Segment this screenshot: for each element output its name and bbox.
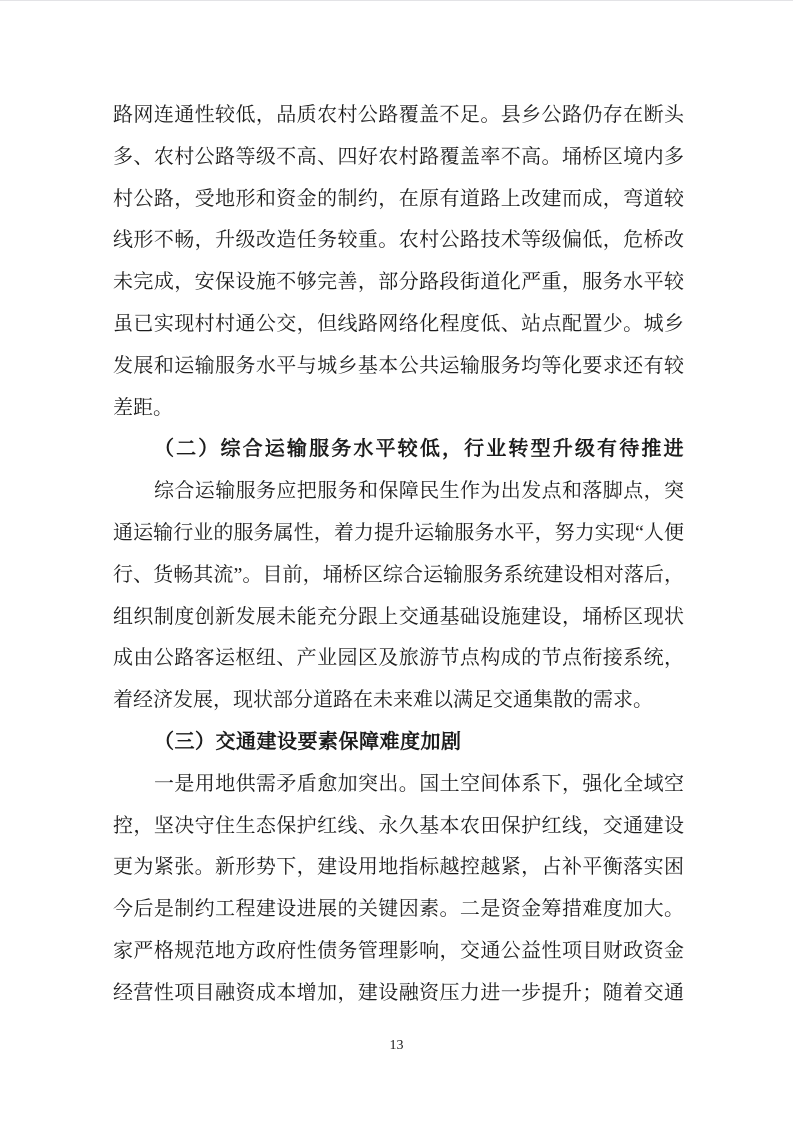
- text-line: 村公路，受地形和资金的制约，在原有道路上改建而成，弯道较多、: [113, 179, 684, 221]
- text-line: 着经济发展，现状部分道路在未来难以满足交通集散的需求。: [113, 680, 684, 722]
- section-heading: （二）综合运输服务水平较低，行业转型升级有待推进: [113, 429, 684, 471]
- text-line: 行、货畅其流”。目前，埇桥区综合运输服务系统建设相对落后，运输: [113, 555, 684, 597]
- document-body: 路网连通性较低，品质农村公路覆盖不足。县乡公路仍存在断头路较多、农村公路等级不高…: [113, 95, 684, 1015]
- text-line: 线形不畅，升级改造任务较重。农村公路技术等级偏低，危桥改造尚: [113, 220, 684, 262]
- text-line: 控，坚决守住生态保护红线、永久基本农田保护红线，交通建设用地: [113, 806, 684, 848]
- text-line: 一是用地供需矛盾愈加突出。国土空间体系下，强化全域空间管: [113, 764, 684, 806]
- text-line: 综合运输服务应把服务和保障民生作为出发点和落脚点，突出交: [113, 471, 684, 513]
- text-line: 未完成，安保设施不够完善，部分路段街道化严重，服务水平较低。: [113, 262, 684, 304]
- page-number: 13: [390, 1038, 404, 1053]
- text-line: 通运输行业的服务属性，着力提升运输服务水平，努力实现“人便于: [113, 513, 684, 555]
- text-line: 虽已实现村村通公交，但线路网络化程度低、站点配置少。城乡交通: [113, 304, 684, 346]
- text-line: 成由公路客运枢纽、产业园区及旅游节点构成的节点衔接系统，但随: [113, 638, 684, 680]
- text-line: 今后是制约工程建设进展的关键因素。二是资金筹措难度加大。受国: [113, 889, 684, 931]
- document-page: 路网连通性较低，品质农村公路覆盖不足。县乡公路仍存在断头路较多、农村公路等级不高…: [0, 0, 793, 1123]
- paragraph: 路网连通性较低，品质农村公路覆盖不足。县乡公路仍存在断头路较多、农村公路等级不高…: [113, 95, 684, 429]
- paragraph: 一是用地供需矛盾愈加突出。国土空间体系下，强化全域空间管控，坚决守住生态保护红线…: [113, 764, 684, 1015]
- text-line: 家严格规范地方政府性债务管理影响，交通公益性项目财政资金缺位、: [113, 931, 684, 973]
- text-line: 多、农村公路等级不高、四好农村路覆盖率不高。埇桥区境内多数农: [113, 137, 684, 179]
- text-line: 差距。: [113, 388, 684, 430]
- text-line: 路网连通性较低，品质农村公路覆盖不足。县乡公路仍存在断头路较: [113, 95, 684, 137]
- text-line: 更为紧张。新形势下，建设用地指标越控越紧，占补平衡落实困难，: [113, 847, 684, 889]
- text-line: 经营性项目融资成本增加，建设融资压力进一步提升；随着交通建设: [113, 973, 684, 1015]
- text-line: 发展和运输服务水平与城乡基本公共运输服务均等化要求还有较大: [113, 346, 684, 388]
- paragraph: 综合运输服务应把服务和保障民生作为出发点和落脚点，突出交通运输行业的服务属性，着…: [113, 471, 684, 722]
- page-footer: 13: [0, 1036, 793, 1056]
- section-heading: （三）交通建设要素保障难度加剧: [113, 722, 684, 764]
- text-line: 组织制度创新发展未能充分跟上交通基础设施建设，埇桥区现状已形: [113, 597, 684, 639]
